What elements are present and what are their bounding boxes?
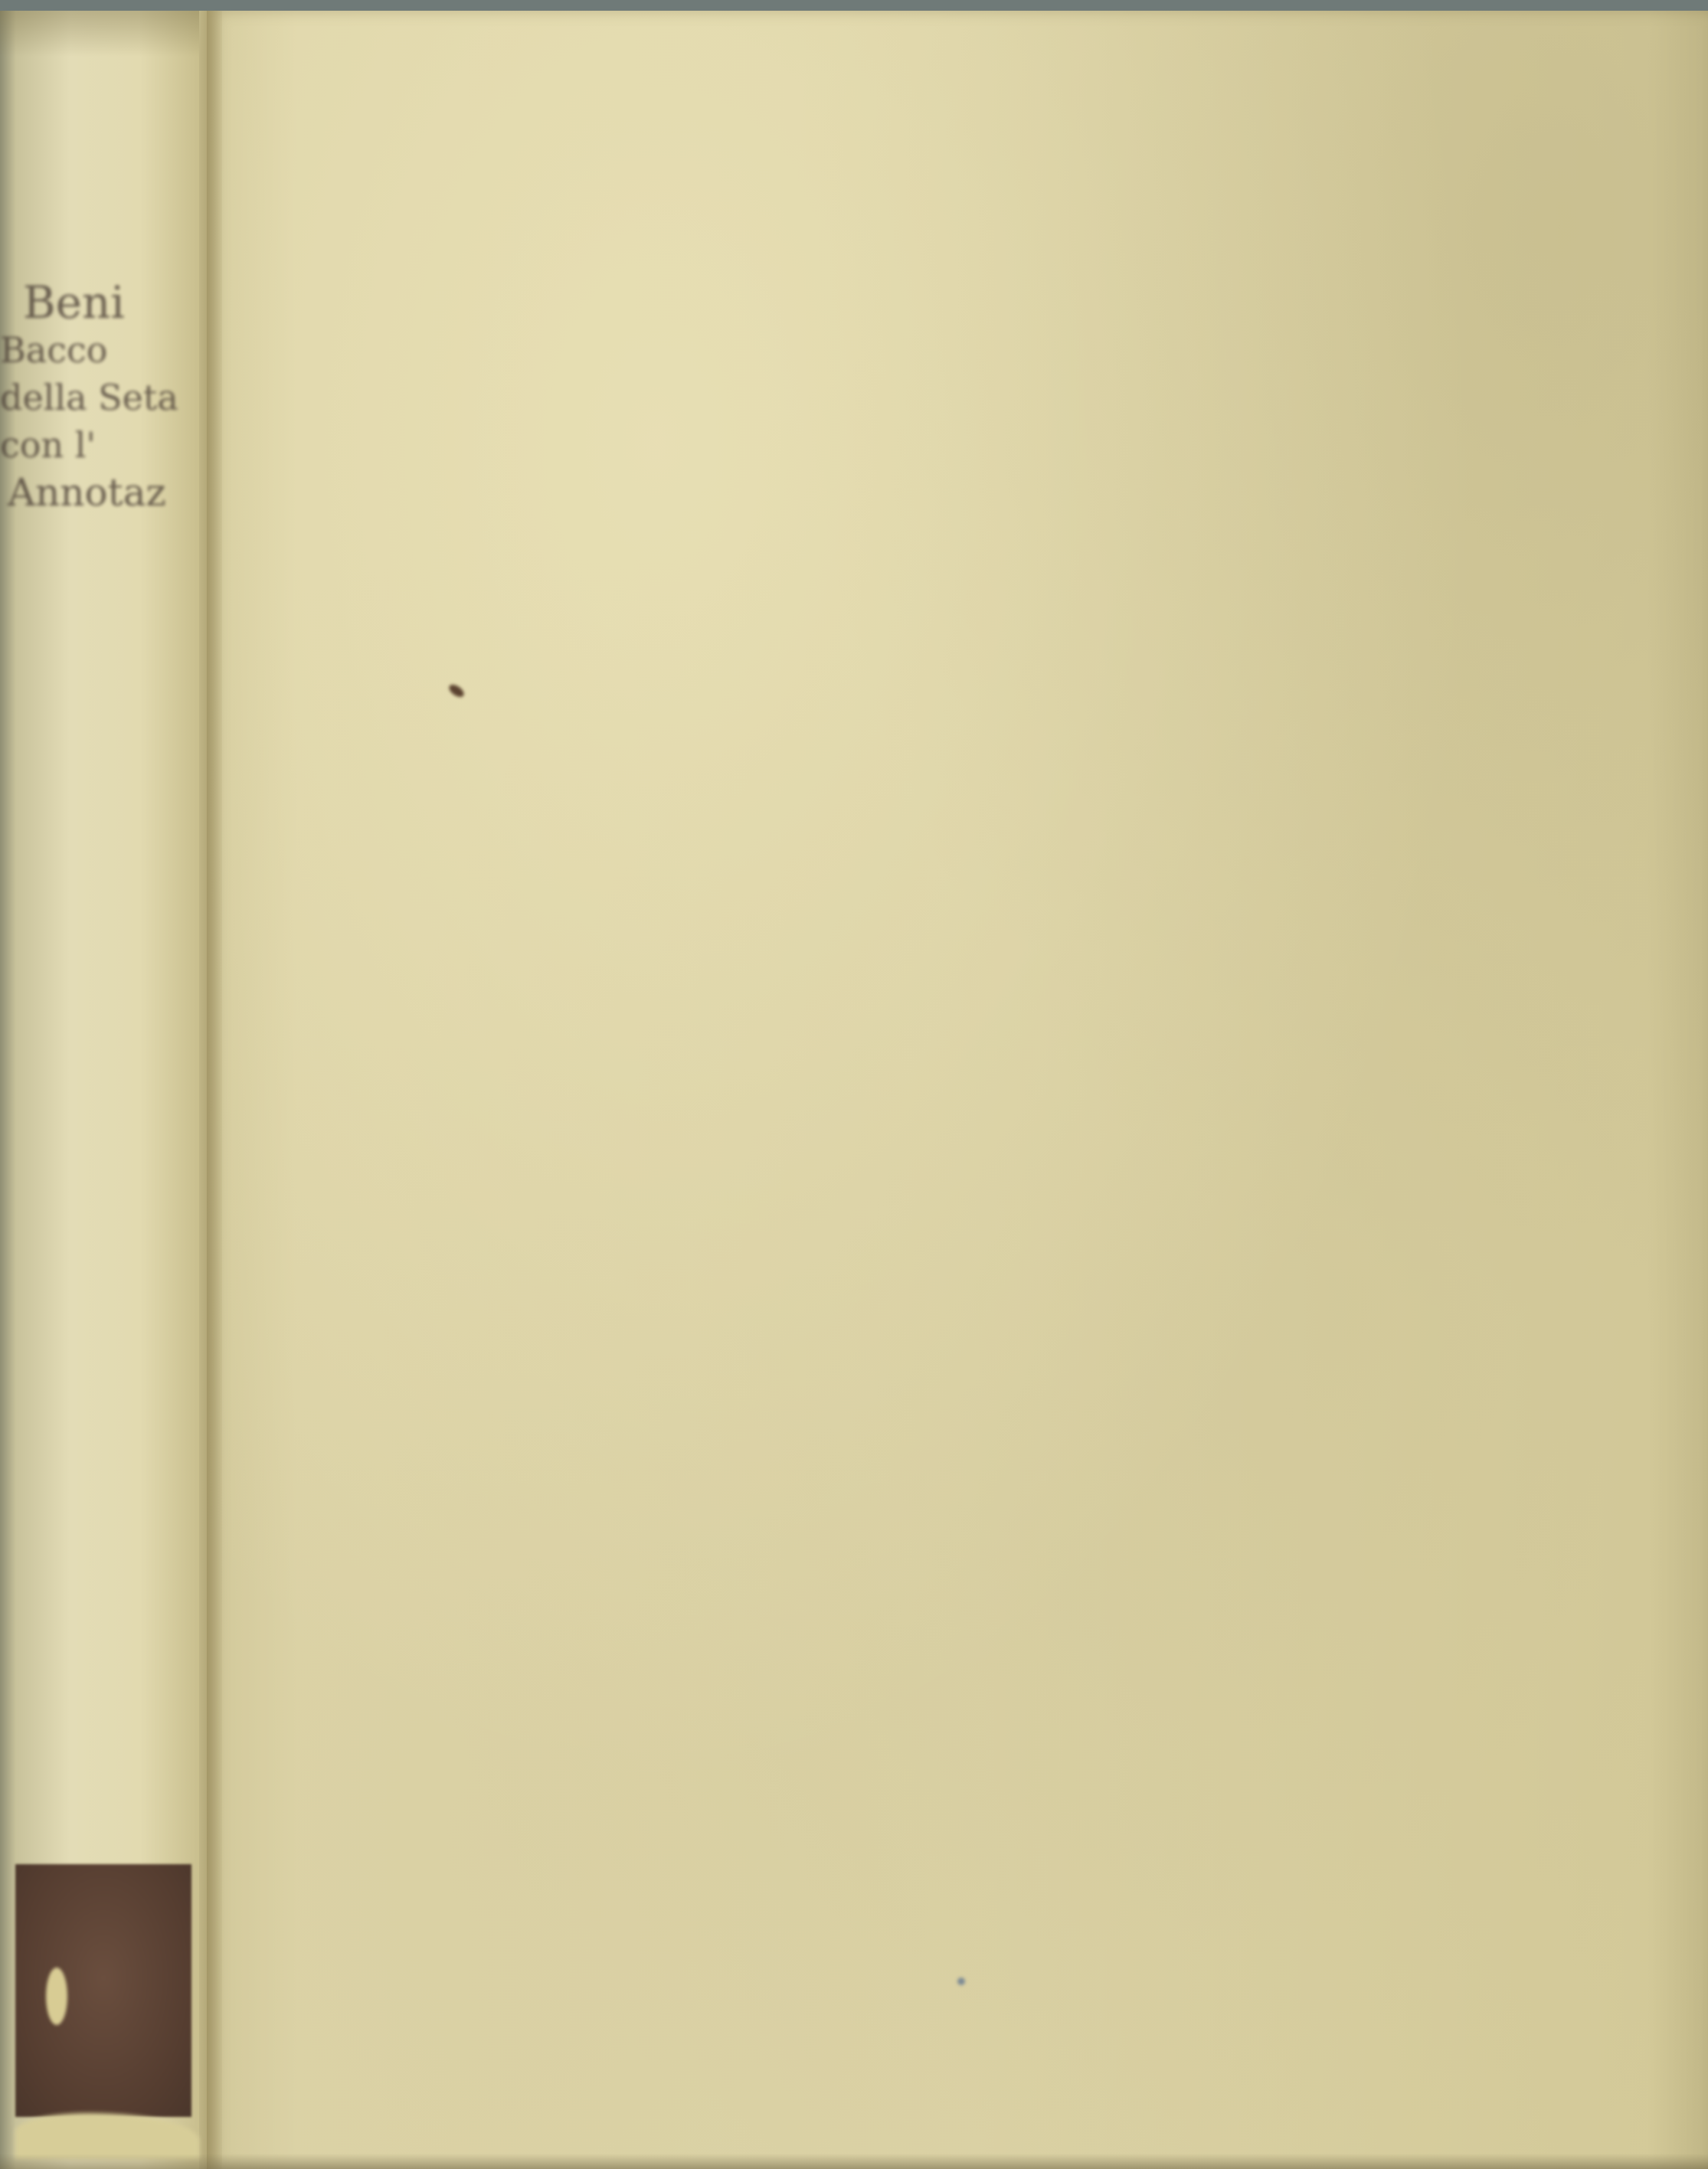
spine-title-line: Beni <box>23 279 199 326</box>
book-spine: Beni Bacco della Seta con l' Annotaz <box>0 11 199 2169</box>
spine-label-mark <box>46 1968 67 2025</box>
spine-leather-label <box>15 1864 191 2117</box>
spine-handwritten-title: Beni Bacco della Seta con l' Annotaz <box>8 279 199 516</box>
cover-small-spot <box>957 1978 965 1985</box>
spine-title-line: della Seta <box>0 374 199 421</box>
book: Beni Bacco della Seta con l' Annotaz <box>0 11 1708 2169</box>
spine-title-line: Bacco <box>0 326 199 374</box>
front-cover <box>207 11 1708 2169</box>
book-bottom-edge <box>0 2154 1708 2169</box>
spine-title-line: con l' <box>0 421 199 469</box>
spine-top-shadow <box>0 11 199 57</box>
spine-title-line: Annotaz <box>8 469 199 516</box>
spine-label-wear <box>15 2113 199 2159</box>
